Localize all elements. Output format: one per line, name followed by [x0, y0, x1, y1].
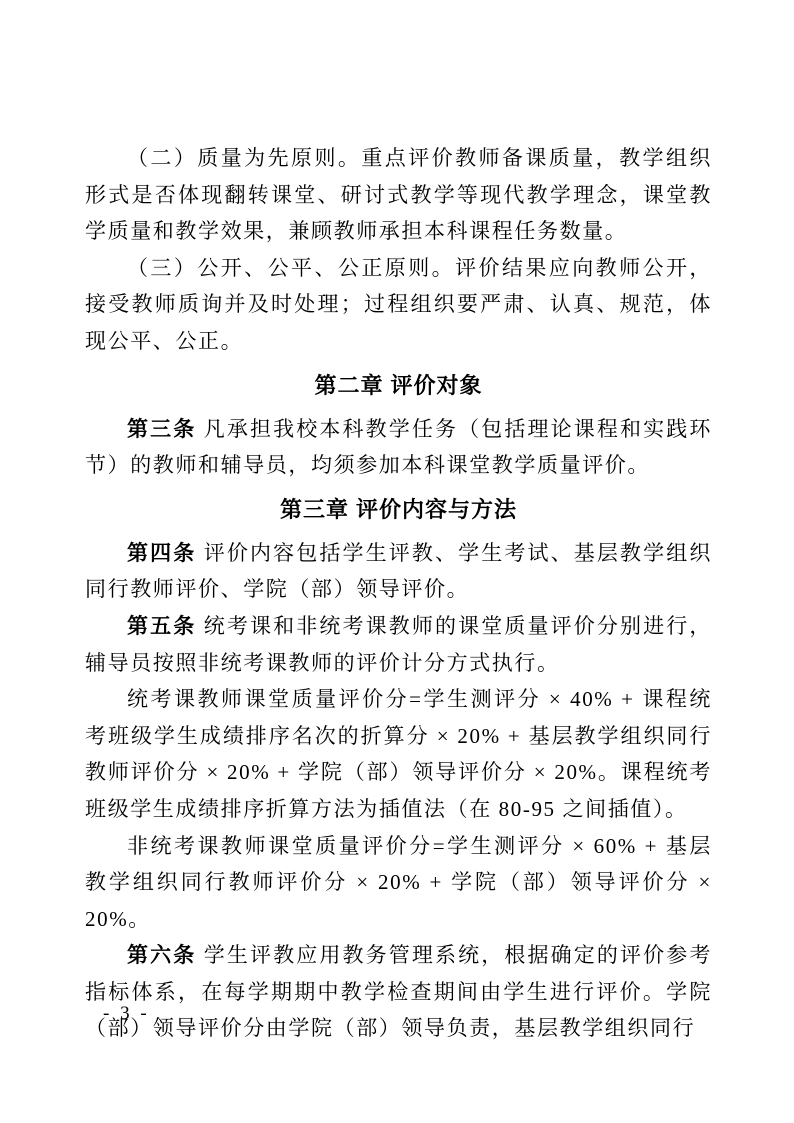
article-6-label: 第六条 [127, 943, 196, 967]
paragraph-article-4: 第四条 评价内容包括学生评教、学生考试、基层教学组织同行教师评价、学院（部）领导… [85, 535, 712, 608]
paragraph-article-3: 第三条 凡承担我校本科教学任务（包括理论课程和实践环节）的教师和辅导员，均须参加… [85, 411, 712, 484]
document-content: （二）质量为先原则。重点评价教师备课质量，教学组织形式是否体现翻转课堂、研讨式教… [85, 140, 712, 1047]
article-3-label: 第三条 [127, 417, 196, 441]
paragraph-non-unified-exam-formula: 非统考课教师课堂质量评价分=学生测评分 × 60% + 基层教学组织同行教师评价… [85, 828, 712, 938]
document-page: （二）质量为先原则。重点评价教师备课质量，教学组织形式是否体现翻转课堂、研讨式教… [0, 0, 794, 1123]
article-4-label: 第四条 [127, 541, 196, 565]
paragraph-unified-exam-formula: 统考课教师课堂质量评价分=学生测评分 × 40% + 课程统考班级学生成绩排序名… [85, 681, 712, 827]
paragraph-principle-quality-first: （二）质量为先原则。重点评价教师备课质量，教学组织形式是否体现翻转课堂、研讨式教… [85, 140, 712, 250]
chapter-2-heading: 第二章 评价对象 [85, 367, 712, 404]
paragraph-article-6: 第六条 学生评教应用教务管理系统，根据确定的评价参考指标体系，在每学期期中教学检… [85, 937, 712, 1047]
paragraph-article-5: 第五条 统考课和非统考课教师的课堂质量评价分别进行，辅导员按照非统考课教师的评价… [85, 608, 712, 681]
chapter-3-heading: 第三章 评价内容与方法 [85, 491, 712, 528]
page-number: - 3 - [103, 1002, 150, 1026]
paragraph-principle-fairness: （三）公开、公平、公正原则。评价结果应向教师公开，接受教师质询并及时处理；过程组… [85, 250, 712, 360]
article-5-label: 第五条 [127, 614, 196, 638]
